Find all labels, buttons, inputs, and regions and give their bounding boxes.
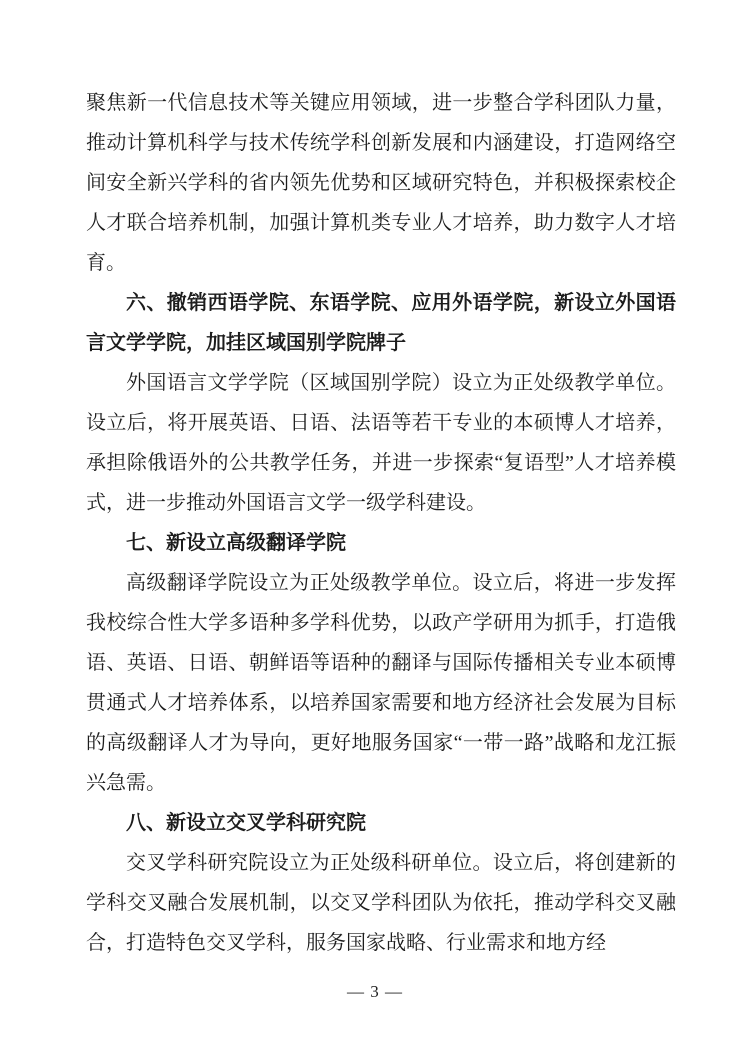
section-8-paragraph: 交叉学科研究院设立为正处级科研单位。设立后，将创建新的学科交叉融合发展机制，以交… (86, 843, 676, 963)
section-heading-6: 六、撤销西语学院、东语学院、应用外语学院，新设立外国语言文学学院，加挂区域国别学… (86, 283, 676, 363)
paragraph-continuation: 聚焦新一代信息技术等关键应用领域，进一步整合学科团队力量，推动计算机科学与技术传… (86, 83, 676, 283)
page-number: — 3 — (0, 982, 750, 1002)
section-heading-8: 八、新设立交叉学科研究院 (86, 803, 676, 843)
document-body: 聚焦新一代信息技术等关键应用领域，进一步整合学科团队力量，推动计算机科学与技术传… (86, 83, 676, 963)
section-heading-7: 七、新设立高级翻译学院 (86, 523, 676, 563)
section-7-paragraph: 高级翻译学院设立为正处级教学单位。设立后，将进一步发挥我校综合性大学多语种多学科… (86, 563, 676, 803)
section-6-paragraph: 外国语言文学学院（区域国别学院）设立为正处级教学单位。设立后，将开展英语、日语、… (86, 363, 676, 523)
document-page: 聚焦新一代信息技术等关键应用领域，进一步整合学科团队力量，推动计算机科学与技术传… (0, 0, 750, 1060)
